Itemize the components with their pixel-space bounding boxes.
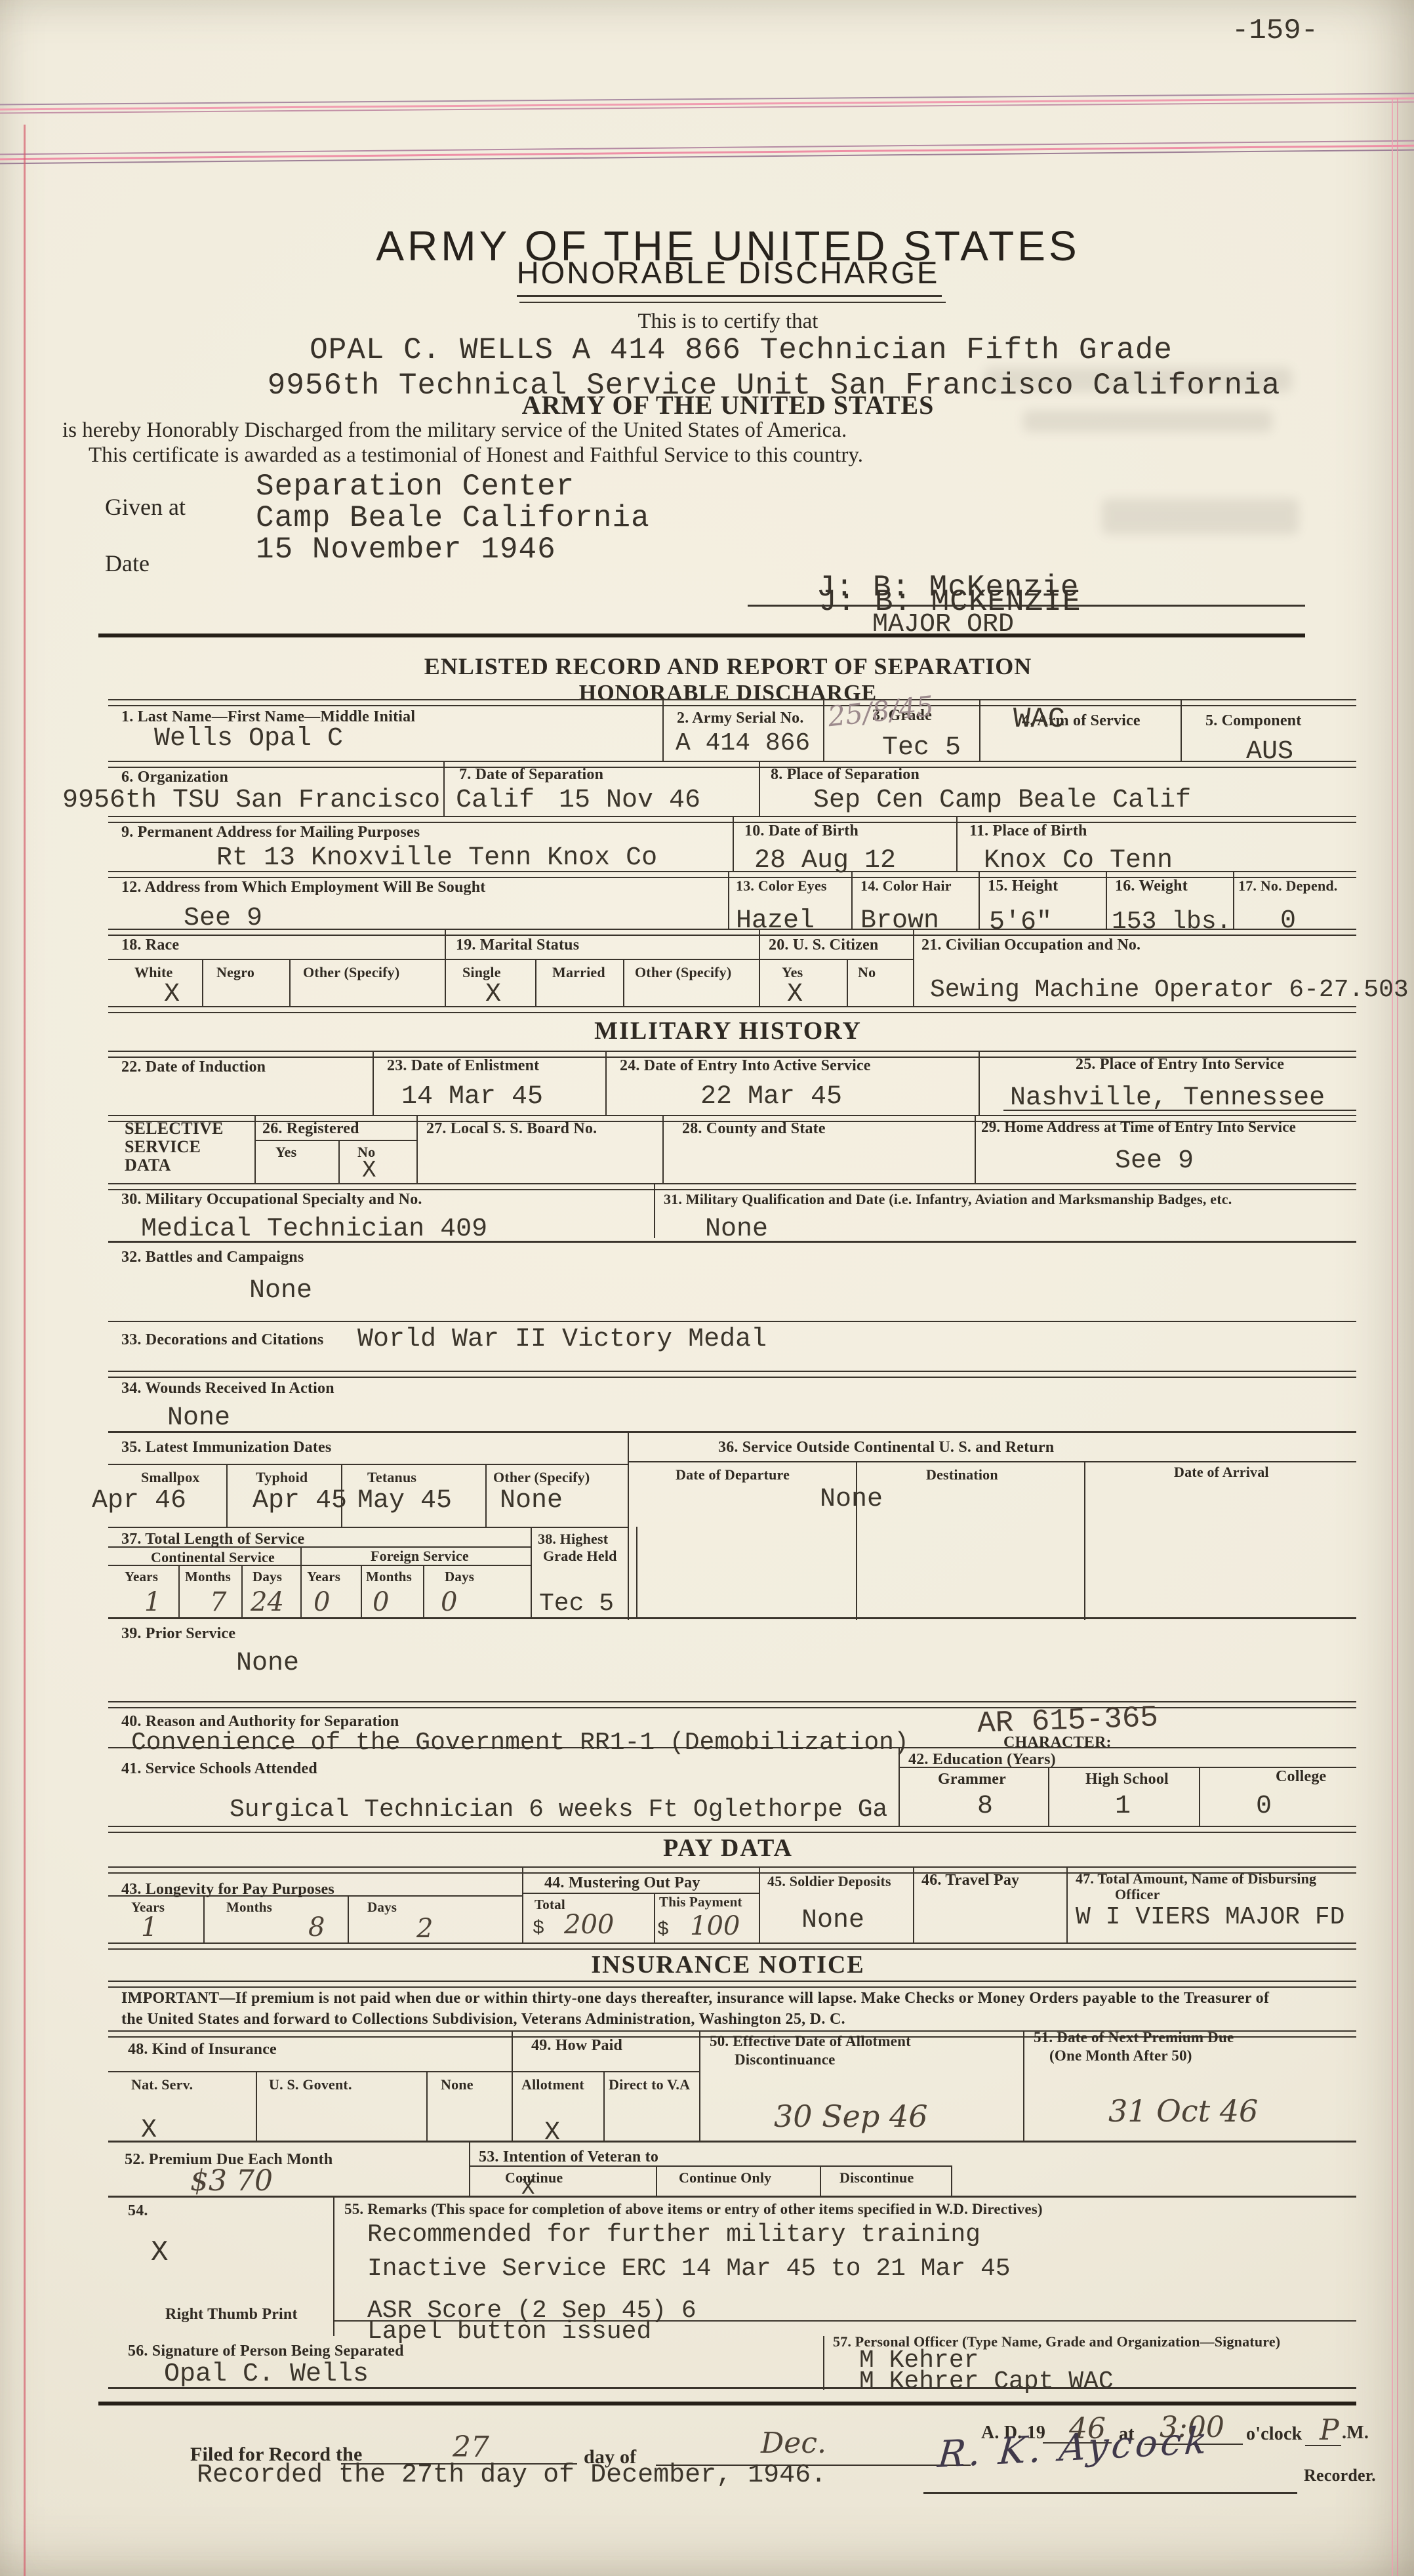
f13-label: 13. Color Eyes — [736, 877, 827, 895]
f22-label: 22. Date of Induction — [121, 1058, 266, 1076]
f36-departure-value: None — [820, 1485, 883, 1514]
ssd-label-2: SERVICE — [125, 1137, 201, 1157]
f42-grammer-value: 8 — [977, 1792, 993, 1821]
f12-label: 12. Address from Which Employment Will B… — [121, 879, 485, 896]
divider — [728, 871, 729, 929]
f54-thumb-print-label: Right Thumb Print — [165, 2306, 298, 2324]
f42-col-college: College — [1276, 1768, 1326, 1786]
divider — [108, 959, 914, 960]
f8-value: Sep Cen Camp Beale Calif — [813, 786, 1191, 815]
f21-label: 21. Civilian Occupation and No. — [921, 936, 1141, 954]
f44-total-currency: $ — [533, 1918, 544, 1940]
f53-option-continue-only: Continue Only — [679, 2169, 771, 2186]
f30-value: Medical Technician 409 — [141, 1215, 487, 1244]
f42-col-grammer: Grammer — [938, 1771, 1006, 1788]
f39-label: 39. Prior Service — [121, 1625, 235, 1643]
f30-label: 30. Military Occupational Specialty and … — [121, 1191, 422, 1209]
f43-months-value: 8 — [308, 1912, 325, 1942]
divider — [1106, 871, 1107, 929]
f6-value: 9956th TSU San Francisco Calif — [62, 786, 535, 815]
f18-mark-white: X — [164, 980, 180, 1009]
recorder-signature: R. K. Aycock — [936, 2419, 1212, 2476]
divider — [241, 1565, 243, 1619]
f42-highschool-value: 1 — [1115, 1792, 1131, 1821]
f10-label: 10. Date of Birth — [744, 822, 859, 840]
divider — [654, 1893, 655, 1944]
f45-label: 45. Soldier Deposits — [767, 1873, 891, 1890]
f36-col-departure: Date of Departure — [676, 1466, 790, 1483]
f37-cont-days: 24 — [251, 1587, 284, 1617]
f19-mark-single: X — [485, 980, 501, 1009]
divider — [202, 959, 203, 1006]
divider — [1233, 871, 1234, 929]
given-at-label: Given at — [105, 493, 186, 521]
page-number: -159- — [1232, 14, 1318, 47]
f49-label: 49. How Paid — [531, 2037, 622, 2055]
f56-value: Opal C. Wells — [164, 2360, 369, 2389]
divider — [662, 699, 664, 762]
divider — [423, 1565, 424, 1619]
f54-mark: X — [151, 2236, 168, 2269]
divider — [975, 1115, 976, 1183]
divider — [108, 1617, 1356, 1619]
f11-label: 11. Place of Birth — [969, 822, 1087, 840]
divider — [469, 2165, 951, 2167]
subtitle-underline — [517, 295, 942, 297]
f51-label-2: (One Month After 50) — [1049, 2047, 1192, 2064]
scanned-discharge-record-page: -159- ARMY OF THE UNITED STATES HONORABL… — [0, 0, 1414, 2576]
divider — [512, 2030, 513, 2141]
f35-col-typhoid: Typhoid — [256, 1469, 308, 1486]
f35-smallpox-value: Apr 46 — [92, 1486, 186, 1516]
divider — [522, 1866, 523, 1944]
certificate-subtitle: HONORABLE DISCHARGE — [111, 254, 1344, 291]
divider — [759, 1866, 760, 1944]
footer-meridiem-printed: .M. — [1342, 2423, 1369, 2444]
f29-value: See 9 — [1115, 1146, 1194, 1176]
divider — [623, 959, 624, 1006]
f25-label: 25. Place of Entry Into Service — [1076, 1056, 1284, 1074]
f31-value: None — [705, 1215, 768, 1244]
f6-label: 6. Organization — [121, 769, 228, 786]
divider — [485, 1464, 487, 1528]
footer-filed-day: 27 — [453, 2430, 489, 2464]
divider — [699, 2030, 700, 2141]
divider — [348, 1895, 349, 1944]
divider — [1048, 1767, 1049, 1826]
f47-value: W I VIERS MAJOR FD — [1076, 1903, 1344, 1931]
divider — [108, 1565, 531, 1566]
f48-label: 48. Kind of Insurance — [128, 2041, 277, 2059]
f50-label-1: 50. Effective Date of Allotment — [710, 2033, 911, 2050]
divider — [851, 871, 853, 929]
f37-days-header: Days — [253, 1569, 282, 1585]
f15-label: 15. Height — [988, 877, 1058, 895]
divider — [979, 1051, 980, 1115]
f47-label-2: Officer — [1115, 1886, 1160, 1903]
f16-label: 16. Weight — [1115, 877, 1188, 895]
divider — [203, 1895, 205, 1944]
f39-value: None — [236, 1649, 299, 1678]
f55-remark-1: Recommended for further military trainin… — [367, 2221, 980, 2249]
f37-foreign-months: 0 — [373, 1587, 389, 1617]
f38-value: Tec 5 — [539, 1590, 614, 1618]
divider — [108, 1183, 1356, 1190]
f32-label: 32. Battles and Campaigns — [121, 1249, 304, 1266]
f8-label: 8. Place of Separation — [771, 766, 919, 784]
divider — [445, 929, 446, 1006]
f21-value: Sewing Machine Operator 6-27.503 — [930, 976, 1409, 1004]
divider — [923, 2492, 1297, 2494]
f53-option-discontinue: Discontinue — [839, 2169, 914, 2186]
f27-label: 27. Local S. S. Board No. — [426, 1120, 597, 1138]
divider — [333, 2196, 334, 2336]
f26-mark-no: X — [362, 1157, 376, 1184]
f44-total-value: 200 — [564, 1910, 614, 1940]
divider — [256, 2071, 257, 2141]
divider — [531, 1527, 532, 1619]
f40-value: Convenience of the Government RR1-1 (Dem… — [131, 1729, 909, 1757]
f43-days-value: 2 — [416, 1914, 433, 1944]
divider — [535, 959, 536, 1006]
divider — [108, 2387, 1356, 2389]
given-at-value-2: Camp Beale California — [256, 501, 650, 535]
divider — [108, 929, 1356, 936]
f37-label: 37. Total Length of Service — [121, 1531, 304, 1548]
divider — [108, 1431, 1356, 1433]
f9-label: 9. Permanent Address for Mailing Purpose… — [121, 824, 420, 841]
f55-label: 55. Remarks (This space for completion o… — [344, 2201, 1043, 2218]
ssd-label-3: DATA — [125, 1156, 171, 1175]
divider — [108, 1747, 1356, 1748]
divider — [1305, 2445, 1341, 2446]
divider — [759, 929, 760, 1006]
divider — [759, 761, 760, 816]
f51-label-1: 51. Date of Next Premium Due — [1034, 2029, 1234, 2046]
f41-value: Surgical Technician 6 weeks Ft Oglethorp… — [230, 1796, 887, 1824]
f3-value: Tec 5 — [882, 733, 961, 763]
section-military-history: MILITARY HISTORY — [111, 1016, 1344, 1045]
f53-label: 53. Intention of Veteran to — [479, 2148, 658, 2166]
f36-col-destination: Destination — [926, 1466, 998, 1483]
f18-option-negro: Negro — [216, 964, 254, 981]
ink-bleed-through — [1102, 498, 1299, 534]
f55-remark-2: Inactive Service ERC 14 Mar 45 to 21 Mar… — [367, 2255, 1011, 2283]
f33-label: 33. Decorations and Citations — [121, 1331, 323, 1349]
f19-option-single: Single — [462, 964, 501, 981]
f34-label: 34. Wounds Received In Action — [121, 1380, 334, 1398]
f19-option-married: Married — [552, 964, 605, 981]
divider — [108, 1321, 1356, 1322]
ssd-label-1: SELECTIVE — [125, 1119, 224, 1138]
divider — [108, 2071, 699, 2072]
divider — [108, 1371, 1356, 1378]
divider — [823, 699, 824, 762]
divider — [847, 959, 848, 1006]
signature-line — [748, 605, 1305, 607]
f2-label: 2. Army Serial No. — [677, 710, 804, 727]
f26-label: 26. Registered — [262, 1120, 359, 1138]
f44-col-total: Total — [535, 1897, 565, 1913]
divider — [108, 1981, 1356, 1988]
f20-option-no: No — [858, 964, 876, 981]
f48-option-usgovt: U. S. Govent. — [269, 2076, 352, 2093]
right-margin-line-2 — [1397, 98, 1398, 2576]
f46-label: 46. Travel Pay — [921, 1872, 1019, 1889]
f7-value: 15 Nov 46 — [559, 786, 700, 815]
f38-label-1: 38. Highest — [538, 1531, 608, 1548]
heavy-rule — [98, 2402, 1356, 2405]
f37-days-header-f: Days — [445, 1569, 474, 1585]
f52-value: $3 70 — [190, 2164, 273, 2198]
f29-label: 29. Home Address at Time of Entry Into S… — [981, 1119, 1296, 1136]
divider — [654, 1183, 655, 1238]
date-label: Date — [105, 550, 150, 577]
left-margin-line — [24, 125, 26, 2576]
f40-label: 40. Reason and Authority for Separation — [121, 1713, 399, 1731]
divider — [108, 699, 1356, 706]
f47-label-1: 47. Total Amount, Name of Disbursing — [1076, 1870, 1316, 1887]
footer-meridiem-hand: P — [1320, 2413, 1339, 2447]
divider — [108, 761, 1356, 768]
divider — [108, 2196, 1356, 2198]
f42-col-highschool: High School — [1085, 1771, 1169, 1788]
divider — [951, 2165, 952, 2196]
footer-recorded-line: Recorded the 27th day of December, 1946. — [197, 2461, 826, 2490]
divider — [300, 1546, 302, 1619]
f35-other-value: None — [500, 1486, 563, 1516]
f31-label: 31. Military Qualification and Date (i.e… — [664, 1191, 1232, 1208]
divider — [1003, 1110, 1356, 1111]
divider — [662, 1115, 664, 1183]
discharge-paragraph-1: is hereby Honorably Discharged from the … — [62, 418, 847, 443]
f35-col-smallpox: Smallpox — [141, 1469, 200, 1486]
f37-foreign-days: 0 — [441, 1587, 457, 1617]
f34-value: None — [167, 1403, 230, 1433]
divider — [108, 1701, 1356, 1708]
f44-payment-value: 100 — [690, 1911, 740, 1941]
f18-option-other: Other (Specify) — [303, 964, 399, 981]
f37-foreign-years: 0 — [313, 1587, 330, 1617]
f49-option-direct: Direct to V.A — [609, 2076, 690, 2093]
f48-option-none: None — [441, 2076, 474, 2093]
f35-col-other: Other (Specify) — [493, 1469, 590, 1486]
f19-option-other: Other (Specify) — [635, 964, 731, 981]
f42-label: 42. Education (Years) — [908, 1751, 1056, 1769]
f33-value: World War II Victory Medal — [357, 1325, 767, 1354]
insurance-important-line-2: the United States and forward to Collect… — [121, 2011, 845, 2028]
given-at-value-1: Separation Center — [256, 470, 575, 504]
f42-college-value: 0 — [1256, 1792, 1272, 1821]
divider — [108, 1826, 1356, 1833]
f37-years-header: Years — [125, 1569, 158, 1585]
divider — [361, 1565, 362, 1619]
f40-character-label: CHARACTER: — [1003, 1734, 1112, 1752]
divider — [656, 2165, 657, 2196]
f25-value: Nashville, Tennessee — [1010, 1083, 1325, 1113]
f1-label: 1. Last Name—First Name—Middle Initial — [121, 708, 415, 726]
divider — [605, 1051, 607, 1115]
f2-value: A 414 866 — [676, 729, 810, 757]
f18-option-white: White — [134, 964, 172, 981]
f57-value-2: M Kehrer Capt WAC — [859, 2367, 1114, 2396]
f1-value: Wells Opal C — [154, 724, 343, 754]
divider — [823, 2336, 824, 2390]
f49-option-allotment: Allotment — [521, 2076, 584, 2093]
f37-cont-months: 7 — [210, 1587, 226, 1617]
divider — [289, 959, 291, 1006]
divider — [820, 2165, 821, 2196]
certify-line: This is to certify that — [111, 310, 1344, 334]
divider — [226, 1464, 228, 1528]
f7-label: 7. Date of Separation — [459, 766, 603, 784]
f9-value: Rt 13 Knoxville Tenn Knox Co — [216, 843, 657, 873]
f28-label: 28. County and State — [682, 1120, 826, 1138]
divider — [1199, 1767, 1200, 1826]
divider — [416, 1115, 418, 1183]
f43-years-value: 1 — [141, 1912, 157, 1942]
f54-label: 54. — [128, 2202, 148, 2220]
divider — [956, 816, 958, 871]
divider — [1181, 699, 1182, 762]
f20-label: 20. U. S. Citizen — [769, 936, 878, 954]
insurance-important-line-1: IMPORTANT—If premium is not paid when du… — [121, 1990, 1269, 2007]
divider — [108, 1942, 1356, 1950]
f37-foreign-header: Foreign Service — [371, 1548, 469, 1565]
section-pay-data: PAY DATA — [111, 1834, 1344, 1862]
divider — [979, 699, 980, 762]
f23-value: 14 Mar 45 — [401, 1082, 543, 1112]
divider — [373, 1051, 374, 1115]
f44-payment-currency: $ — [657, 1919, 669, 1941]
divider — [733, 816, 734, 871]
f37-months-header-f: Months — [366, 1569, 412, 1585]
divider — [899, 1747, 900, 1826]
footer-recorder-label: Recorder. — [1304, 2466, 1376, 2485]
f48-option-natserv: Nat. Serv. — [131, 2076, 193, 2093]
heavy-rule — [98, 634, 1305, 637]
f51-value: 31 Oct 46 — [1108, 2093, 1258, 2129]
f36-col-arrival: Date of Arrival — [1174, 1464, 1269, 1481]
divider — [108, 1006, 1356, 1013]
f45-value: None — [801, 1906, 864, 1935]
army-line: ARMY OF THE UNITED STATES — [111, 390, 1344, 420]
divider — [338, 1140, 340, 1183]
divider — [254, 1140, 416, 1141]
divider — [636, 1527, 637, 1619]
divider — [628, 1431, 629, 1620]
f17-label: 17. No. Depend. — [1238, 877, 1338, 895]
divider — [108, 1241, 1356, 1243]
f14-label: 14. Color Hair — [860, 877, 952, 895]
soldier-name-line: OPAL C. WELLS A 414 866 Technician Fifth… — [111, 333, 1371, 367]
f20-mark-yes: X — [787, 980, 803, 1009]
divider — [1066, 1866, 1068, 1944]
f4-value: WAC — [1013, 703, 1065, 736]
right-margin-line-1 — [1392, 98, 1393, 2576]
f49-mark-allotment: X — [544, 2118, 560, 2148]
subtitle-underline-2 — [519, 302, 946, 303]
f50-value: 30 Sep 46 — [774, 2099, 928, 2134]
divider — [426, 2071, 428, 2141]
f35-col-tetanus: Tetanus — [367, 1469, 416, 1486]
divider — [979, 871, 980, 929]
f38-label-2: Grade Held — [543, 1548, 617, 1565]
f35-label: 35. Latest Immunization Dates — [121, 1439, 331, 1457]
f44-col-payment: This Payment — [659, 1894, 742, 1910]
section-insurance-notice: INSURANCE NOTICE — [111, 1950, 1344, 1979]
divider — [913, 1866, 914, 1944]
f50-label-2: Discontinuance — [735, 2051, 836, 2068]
divider — [603, 2071, 605, 2141]
f35-typhoid-value: Apr 45 — [253, 1486, 347, 1516]
f24-label: 24. Date of Entry Into Active Service — [620, 1057, 871, 1075]
divider — [254, 1115, 256, 1183]
footer-month: Dec. — [761, 2426, 826, 2460]
f56-label: 56. Signature of Person Being Separated — [128, 2343, 404, 2360]
f20-option-yes: Yes — [782, 964, 803, 981]
record-header-1: ENLISTED RECORD AND REPORT OF SEPARATION — [111, 653, 1344, 680]
f26-option-yes: Yes — [275, 1144, 296, 1161]
f24-value: 22 Mar 45 — [700, 1082, 842, 1112]
f41-label: 41. Service Schools Attended — [121, 1760, 317, 1778]
discharge-paragraph-2: This certificate is awarded as a testimo… — [89, 443, 863, 468]
divider — [1084, 1461, 1085, 1620]
divider — [108, 2141, 1356, 2143]
f32-value: None — [249, 1276, 312, 1306]
f55-remark-4: Lapel button issued — [367, 2318, 651, 2346]
divider — [1023, 2030, 1024, 2141]
divider — [108, 1464, 628, 1465]
f37-years-header-f: Years — [307, 1569, 340, 1585]
f5-label: 5. Component — [1205, 712, 1301, 730]
f36-label: 36. Service Outside Continental U. S. an… — [718, 1439, 1054, 1457]
f23-label: 23. Date of Enlistment — [387, 1057, 539, 1075]
f19-label: 19. Marital Status — [456, 936, 579, 954]
f44-label: 44. Mustering Out Pay — [544, 1874, 700, 1892]
divider — [178, 1565, 180, 1619]
f18-label: 18. Race — [121, 936, 179, 954]
f37-months-header: Months — [185, 1569, 231, 1585]
f37-cont-years: 1 — [144, 1587, 161, 1617]
f43-col-days: Days — [367, 1899, 397, 1916]
divider — [108, 1527, 628, 1528]
divider — [469, 2141, 470, 2196]
f37-continental-header: Continental Service — [151, 1549, 275, 1566]
f43-col-months: Months — [226, 1899, 272, 1916]
divider — [913, 929, 914, 1006]
divider — [628, 1461, 1356, 1462]
footer-oclock-label: o'clock — [1246, 2424, 1302, 2445]
date-value: 15 November 1946 — [256, 533, 556, 567]
f35-tetanus-value: May 45 — [357, 1486, 452, 1516]
divider — [108, 1895, 522, 1897]
